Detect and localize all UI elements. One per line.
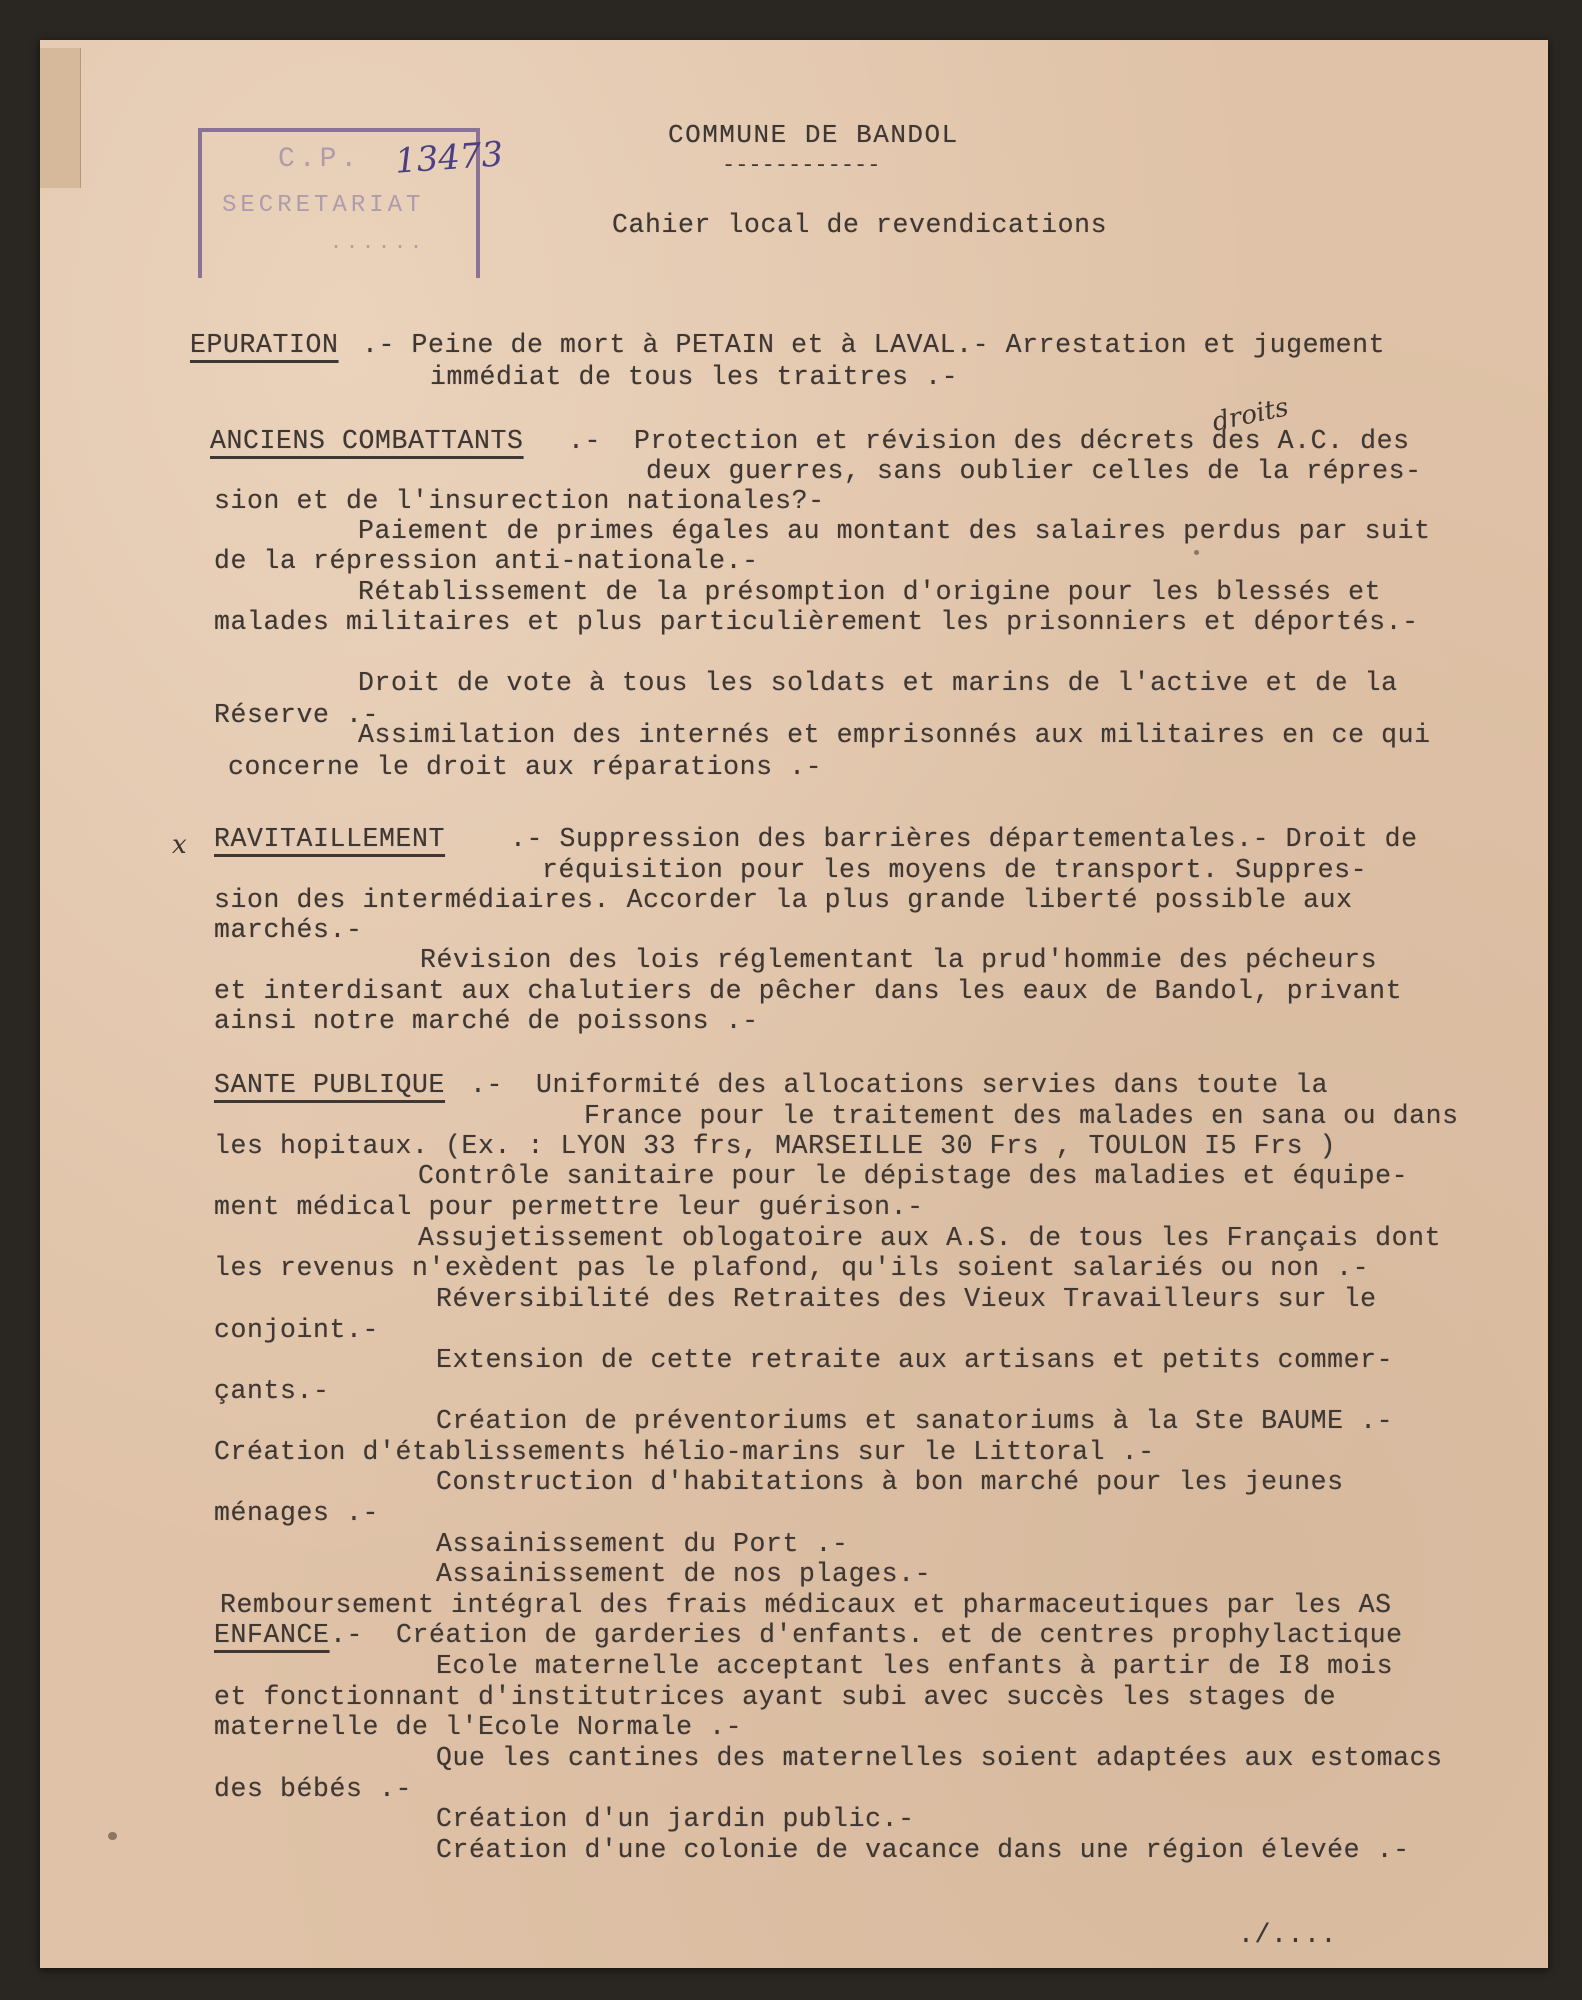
text-line: Paiement de primes égales au montant des… [358,516,1431,546]
text-line: .- Suppression des barrières département… [510,824,1418,854]
section-heading-sante-publique: SANTE PUBLIQUE [214,1070,445,1100]
text-line: sion des intermédiaires. Accorder la plu… [214,885,1353,915]
text-line: et interdisant aux chalutiers de pêcher … [214,976,1402,1006]
folded-corner [40,48,81,188]
section-heading-epuration: EPURATION [190,330,339,360]
text-line: marchés.- [214,915,363,945]
text-line: Création d'établissements hélio-marins s… [214,1437,1155,1467]
text-line: ment médical pour permettre leur guériso… [214,1192,924,1222]
text-line: de la répression anti-nationale.- [214,546,759,576]
text-line: Assujetissement oblogatoire aux A.S. de … [418,1223,1441,1253]
text-line: maternelle de l'Ecole Normale .- [214,1712,742,1742]
text-line: Assainissement de nos plages.- [436,1559,931,1589]
document-title: Cahier local de revendications [612,210,1107,240]
continuation-mark: ./.... [1238,1920,1337,1950]
text-line: ainsi notre marché de poissons .- [214,1006,759,1036]
text-line: Création d'un jardin public.- [436,1804,915,1834]
text-line: conjoint.- [214,1315,379,1345]
margin-x-mark: x [172,830,187,860]
text-line: Création de préventoriums et sanatoriums… [436,1406,1393,1436]
text-line: Contrôle sanitaire pour le dépistage des… [418,1161,1408,1191]
stamp-reference: C.P. [278,144,361,175]
stamp-date-line: ...... [330,232,426,255]
text-line: concerne le droit aux réparations .- [228,752,822,782]
text-line: Rétablissement de la présomption d'origi… [358,577,1381,607]
commune-heading: COMMUNE DE BANDOL [668,120,959,150]
section-heading-enfance: ENFANCE [214,1620,330,1650]
text-line: çants.- [214,1376,330,1406]
text-line: Que les cantines des maternelles soient … [436,1743,1443,1773]
section-heading-anciens-combattants: ANCIENS COMBATTANTS [210,426,524,456]
text-line: des bébés .- [214,1774,412,1804]
text-line: Droit de vote à tous les soldats et mari… [358,668,1398,698]
text-line: Réversibilité des Retraites des Vieux Tr… [436,1284,1377,1314]
text-line: réquisition pour les moyens de transport… [542,855,1367,885]
text-line: Ecole maternelle acceptant les enfants à… [436,1651,1393,1681]
text-line: Extension de cette retraite aux artisans… [436,1345,1393,1375]
text-line: Assainissement du Port .- [436,1529,849,1559]
text-line: immédiat de tous les traitres .- [430,362,958,392]
text-line: Réserve .- [214,700,379,730]
ink-spot [108,1832,117,1840]
section-heading-ravitaillement: RAVITAILLEMENT [214,824,445,854]
text-line: malades militaires et plus particulièrem… [214,607,1419,637]
stamp-handwritten-number: 13473 [394,134,505,181]
text-line: .- Peine de mort à PETAIN et à LAVAL.- A… [362,330,1385,360]
text-line: .- Protection et révision des décrets de… [568,426,1410,456]
header-rule: ------------ [722,153,880,178]
text-line: ménages .- [214,1498,379,1528]
ink-spot [1194,550,1199,555]
text-line: deux guerres, sans oublier celles de la … [646,456,1422,486]
text-line: Construction d'habitations à bon marché … [436,1467,1344,1497]
stamp-secretariat: SECRETARIAT [222,192,424,219]
text-line: Création d'une colonie de vacance dans u… [436,1835,1410,1865]
text-line: les revenus n'exèdent pas le plafond, qu… [214,1253,1369,1283]
text-line: France pour le traitement des malades en… [584,1101,1459,1131]
text-line: Révision des lois réglementant la prud'h… [420,945,1377,975]
text-line: Assimilation des internés et emprisonnés… [358,720,1431,750]
text-line: et fonctionnant d'institutrices ayant su… [214,1682,1336,1712]
text-line: .- Uniformité des allocations servies da… [470,1070,1328,1100]
text-line: Remboursement intégral des frais médicau… [220,1590,1392,1620]
text-line: .- Création de garderies d'enfants. et d… [330,1620,1403,1650]
text-line: sion et de l'insurection nationales?- [214,486,825,516]
text-line: les hopitaux. (Ex. : LYON 33 frs, MARSEI… [214,1131,1336,1161]
